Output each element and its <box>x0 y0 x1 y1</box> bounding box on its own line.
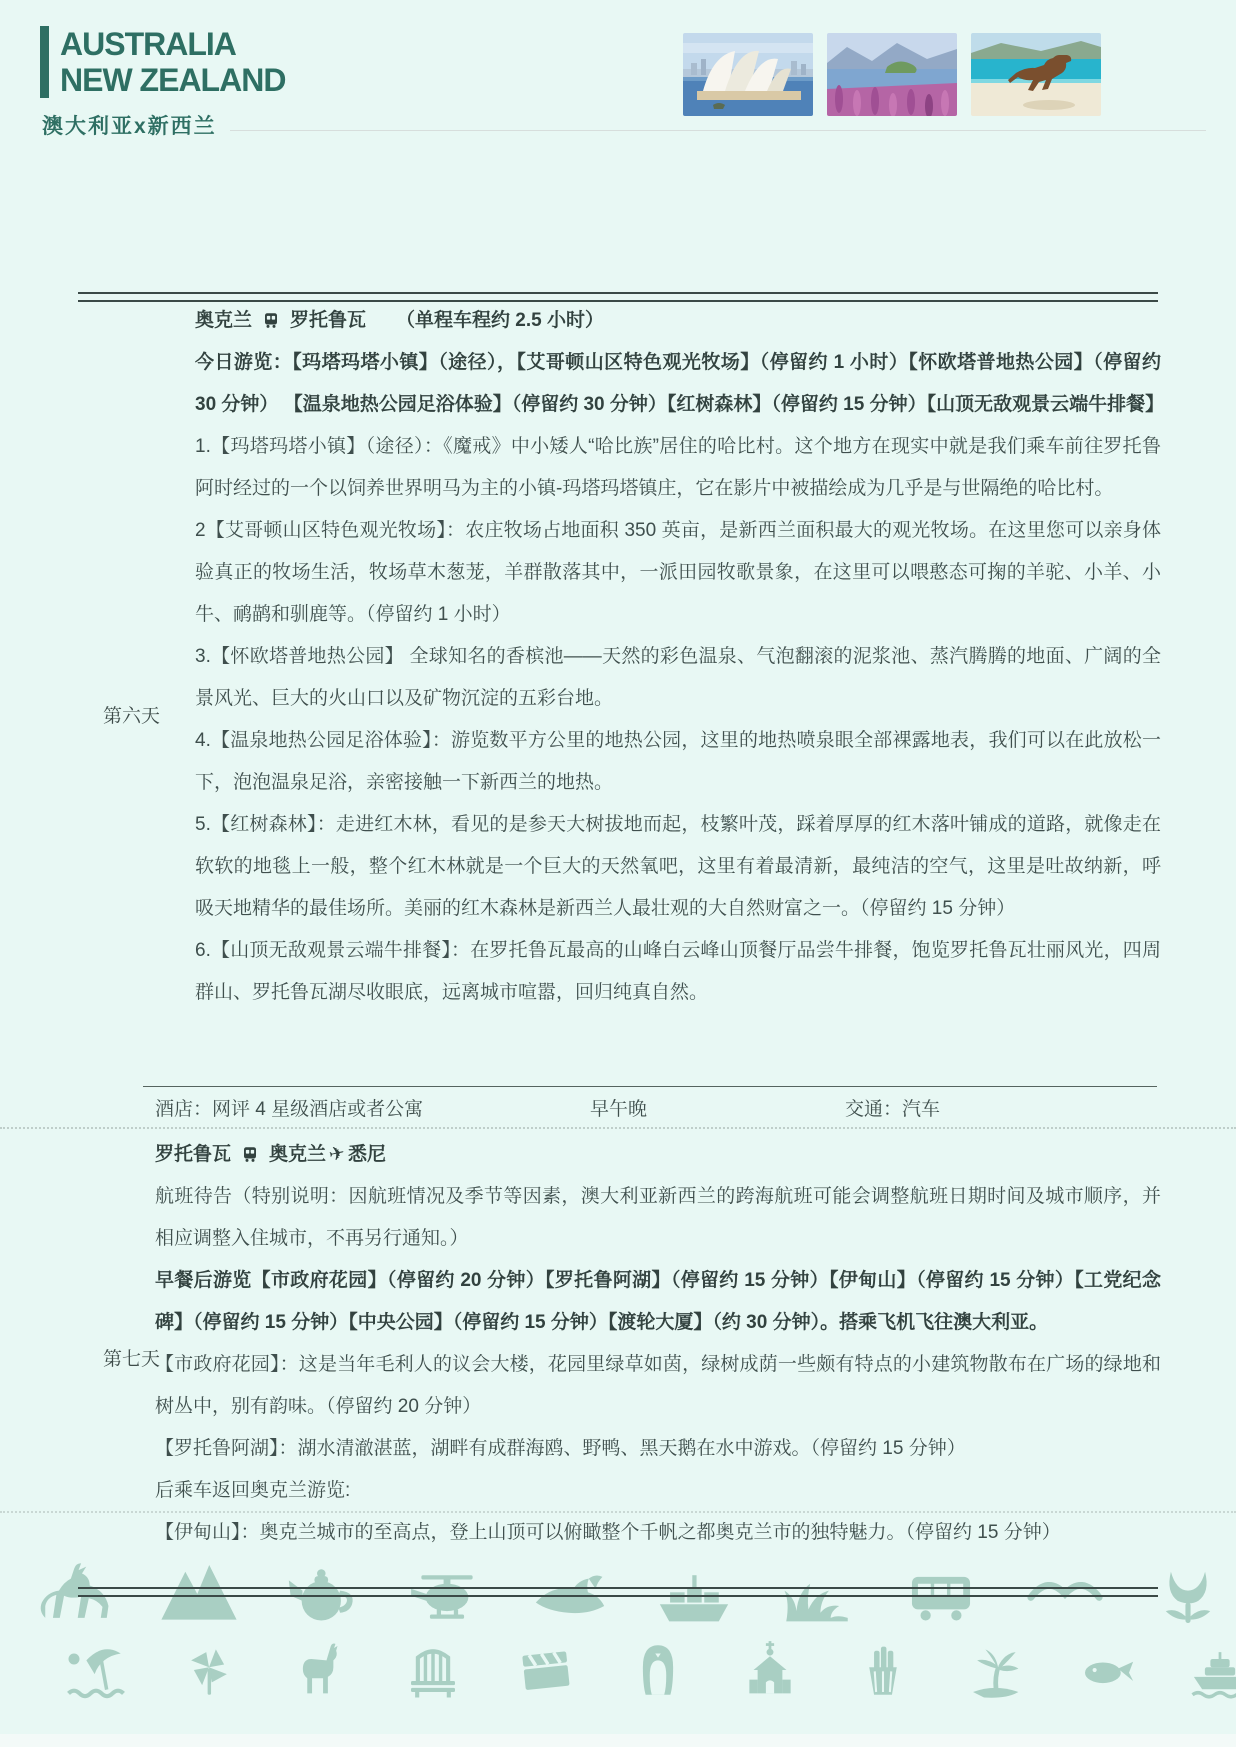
brand-logo: AUSTRALIA NEW ZEALAND <box>40 26 285 98</box>
llama-icon <box>288 1637 354 1703</box>
tulip-icon <box>1147 1553 1229 1635</box>
clapperboard-icon <box>513 1637 579 1703</box>
bus-icon <box>241 1145 259 1163</box>
day6-meals: 早午晚 <box>590 1096 647 1124</box>
header-divider <box>230 130 1206 131</box>
day7-route-via: 奥克兰 <box>269 1144 326 1165</box>
day6-hotel: 酒店：网评 4 星级酒店或者公寓 <box>155 1096 423 1124</box>
itinerary-page: AUSTRALIA NEW ZEALAND 澳大利亚x新西兰 <box>0 0 1236 1747</box>
day6-route-note: （单程车程约 2.5 小时） <box>396 310 604 331</box>
day7-content: 罗托鲁瓦奥克兰✈悉尼 航班待告（特别说明：因航班情况及季节等因素，澳大利亚新西兰… <box>155 1133 1161 1554</box>
bench-icon <box>400 1637 466 1703</box>
day6-item: 1.【玛塔玛塔小镇】（途径）：《魔戒》中小矮人“哈比族”居住的哈比村。这个地方在… <box>195 426 1161 510</box>
brand-subtitle: 澳大利亚x新西兰 <box>42 110 217 140</box>
logo-bar <box>40 26 49 98</box>
day6-item: 2【艾哥顿山区特色观光牧场】：农庄牧场占地面积 350 英亩，是新西兰面积最大的… <box>195 510 1161 636</box>
day6-content: 奥克兰罗托鲁瓦（单程车程约 2.5 小时） 今日游览：【玛塔玛塔小镇】（途径），… <box>195 300 1161 1014</box>
penguin-icon <box>625 1637 691 1703</box>
church-icon <box>737 1637 803 1703</box>
footer-icon-row-2 <box>0 1630 1236 1710</box>
day7-flight-note: 航班待告（特别说明：因航班情况及季节等因素，澳大利亚新西兰的跨海航班可能会调整航… <box>155 1176 1161 1260</box>
bus-icon <box>262 311 280 329</box>
logo-line1: AUSTRALIA <box>60 26 285 62</box>
cruise-ship-icon <box>1187 1637 1236 1703</box>
table-bottom-border <box>78 1587 1158 1597</box>
bottom-strip <box>0 1734 1236 1747</box>
day6-item: 5.【红树森林】：走进红木林，看见的是参天大树拔地而起，枝繁叶茂，踩着厚厚的红木… <box>195 804 1161 930</box>
fish-icon <box>1074 1637 1140 1703</box>
day7-item: 后乘车返回奥克兰游览: <box>155 1470 1161 1512</box>
day6-item: 6.【山顶无敌观景云端牛排餐】：在罗托鲁瓦最高的山峰白云峰山顶餐厅品尝牛排餐，饱… <box>195 930 1161 1014</box>
day7-route-from: 罗托鲁瓦 <box>155 1144 231 1165</box>
day7-label: 第七天 <box>103 1344 160 1371</box>
day6-summary: 今日游览：【玛塔玛塔小镇】（途径），【艾哥顿山区特色观光牧场】（停留约 1 小时… <box>195 342 1161 426</box>
day6-label: 第六天 <box>103 701 160 728</box>
beach-umbrella-icon <box>63 1637 129 1703</box>
day6-route-to: 罗托鲁瓦 <box>290 310 366 331</box>
fries-icon <box>850 1637 916 1703</box>
plane-icon: ✈ <box>325 1132 349 1176</box>
palm-island-icon <box>962 1637 1028 1703</box>
day7-item: 【伊甸山】：奥克兰城市的至高点，登上山顶可以俯瞰整个千帆之都奥克兰市的独特魅力。… <box>155 1512 1161 1554</box>
day7-route-to: 悉尼 <box>348 1144 386 1165</box>
day6-route-from: 奥克兰 <box>195 310 252 331</box>
photo-strip <box>683 33 1101 116</box>
day7-item: 【市政府花园】：这是当年毛利人的议会大楼，花园里绿草如茵，绿树成荫一些颇有特点的… <box>155 1344 1161 1428</box>
day7-route: 罗托鲁瓦奥克兰✈悉尼 <box>155 1133 1161 1176</box>
day6-transport: 交通：汽车 <box>845 1096 940 1124</box>
sydney-opera-house-photo <box>683 33 813 116</box>
logo-text: AUSTRALIA NEW ZEALAND <box>60 26 285 98</box>
day6-item: 3.【怀欧塔普地热公园】 全球知名的香槟池——天然的彩色温泉、气泡翻滚的泥浆池、… <box>195 636 1161 720</box>
day7-item: 【罗托鲁阿湖】：湖水清澈湛蓝，湖畔有成群海鸥、野鸭、黑天鹅在水中游戏。（停留约 … <box>155 1428 1161 1470</box>
hotel-row-divider <box>143 1086 1157 1087</box>
day6-item: 4.【温泉地热公园足浴体验】：游览数平方公里的地热公园，这里的地热喷泉眼全部裸露… <box>195 720 1161 804</box>
logo-line2: NEW ZEALAND <box>60 62 285 98</box>
day6-route: 奥克兰罗托鲁瓦（单程车程约 2.5 小时） <box>195 300 1161 342</box>
page-break-divider-1 <box>0 1127 1236 1129</box>
lake-lupins-photo <box>827 33 957 116</box>
kangaroo-beach-photo <box>971 33 1101 116</box>
day7-summary: 早餐后游览【市政府花园】（停留约 20 分钟）【罗托鲁阿湖】（停留约 15 分钟… <box>155 1260 1161 1344</box>
pinwheel-icon <box>176 1637 242 1703</box>
